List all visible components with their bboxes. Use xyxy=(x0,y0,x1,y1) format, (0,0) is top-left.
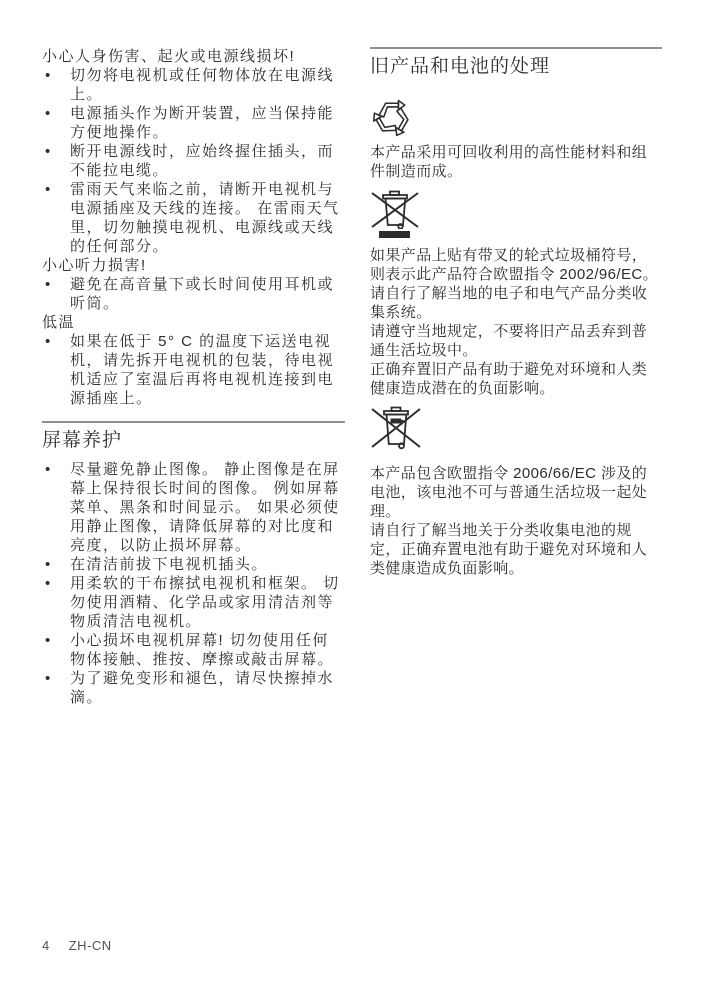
list-item: •切勿将电视机或任何物体放在电源线上。 xyxy=(42,66,345,104)
list-item: •如果在低于 5° C 的温度下运送电视机，请先拆开电视机的包装，待电视机适应了… xyxy=(42,332,345,408)
weee-disposal-text: 如果产品上贴有带叉的轮式垃圾桶符号，则表示此产品符合欧盟指令 2002/96/E… xyxy=(370,246,662,398)
safety-warnings: 小心人身伤害、起火或电源线损坏! •切勿将电视机或任何物体放在电源线上。 •电源… xyxy=(42,47,345,408)
list-item: •电源插头作为断开装置，应当保持能方便地操作。 xyxy=(42,104,345,142)
manual-page: 小心人身伤害、起火或电源线损坏! •切勿将电视机或任何物体放在电源线上。 •电源… xyxy=(0,0,702,993)
crossed-out-wheelie-bin-icon xyxy=(370,189,662,238)
list-item-text: 电源插头作为断开装置，应当保持能方便地操作。 xyxy=(70,105,334,141)
warning-intro: 小心人身伤害、起火或电源线损坏! xyxy=(42,47,345,66)
warning-list: •如果在低于 5° C 的温度下运送电视机，请先拆开电视机的包装，待电视机适应了… xyxy=(42,332,345,408)
paragraph: 本产品包含欧盟指令 2006/66/EC 涉及的电池，该电池不可与普通生活垃圾一… xyxy=(370,464,662,521)
list-item-text: 尽量避免静止图像。 静止图像是在屏幕上保持很长时间的图像。 例如屏幕菜单、黑条和… xyxy=(70,461,340,554)
list-item-text: 如果在低于 5° C 的温度下运送电视机，请先拆开电视机的包装，待电视机适应了室… xyxy=(70,333,334,407)
list-item-text: 切勿将电视机或任何物体放在电源线上。 xyxy=(70,67,334,103)
paragraph: 请自行了解当地关于分类收集电池的规定，正确弃置电池有助于避免对环境和人类健康造成… xyxy=(370,521,662,578)
bullet-marker: • xyxy=(45,460,52,479)
list-item-text: 断开电源线时，应始终握住插头，而不能拉电缆。 xyxy=(70,143,334,179)
page-number: 4 xyxy=(42,938,50,953)
recycling-mobius-loop-icon xyxy=(370,95,662,139)
left-column: 小心人身伤害、起火或电源线损坏! •切勿将电视机或任何物体放在电源线上。 •电源… xyxy=(42,0,345,707)
list-item: •为了避免变形和褪色，请尽快擦掉水滴。 xyxy=(42,669,345,707)
list-item: •避免在高音量下或长时间使用耳机或听筒。 xyxy=(42,275,345,313)
section-divider xyxy=(370,47,662,49)
bullet-marker: • xyxy=(45,669,52,688)
paragraph: 请自行了解当地的电子和电气产品分类收集系统。 xyxy=(370,284,662,322)
bullet-marker: • xyxy=(45,180,52,199)
bullet-marker: • xyxy=(45,66,52,85)
warning-intro: 低温 xyxy=(42,313,345,332)
bullet-marker: • xyxy=(45,555,52,574)
list-item: •小心损坏电视机屏幕! 切勿使用任何物体接触、推按、摩擦或敲击屏幕。 xyxy=(42,631,345,669)
list-item: •雷雨天气来临之前，请断开电视机与电源插座及天线的连接。 在雷雨天气里，切勿触摸… xyxy=(42,180,345,256)
list-item-text: 用柔软的干布擦拭电视机和框架。 切勿使用酒精、化学品或家用清洁剂等物质清洁电视机… xyxy=(70,575,340,630)
bullet-marker: • xyxy=(45,631,52,650)
paragraph: 正确弃置旧产品有助于避免对环境和人类健康造成潜在的负面影响。 xyxy=(370,360,662,398)
list-item-text: 避免在高音量下或长时间使用耳机或听筒。 xyxy=(70,276,334,312)
crossed-out-wheelie-bin-battery-icon xyxy=(370,406,662,450)
list-item-text: 雷雨天气来临之前，请断开电视机与电源插座及天线的连接。 在雷雨天气里，切勿触摸电… xyxy=(70,181,340,255)
battery-disposal-text: 本产品包含欧盟指令 2006/66/EC 涉及的电池，该电池不可与普通生活垃圾一… xyxy=(370,464,662,578)
list-item-text: 小心损坏电视机屏幕! 切勿使用任何物体接触、推按、摩擦或敲击屏幕。 xyxy=(70,632,334,668)
bullet-marker: • xyxy=(45,104,52,123)
bullet-marker: • xyxy=(45,332,52,351)
screen-care-list: •尽量避免静止图像。 静止图像是在屏幕上保持很长时间的图像。 例如屏幕菜单、黑条… xyxy=(42,460,345,707)
weee-black-bar xyxy=(379,231,410,238)
list-item: •尽量避免静止图像。 静止图像是在屏幕上保持很长时间的图像。 例如屏幕菜单、黑条… xyxy=(42,460,345,555)
section-title-screen-care: 屏幕养护 xyxy=(42,429,345,453)
bullet-marker: • xyxy=(45,574,52,593)
bullet-marker: • xyxy=(45,275,52,294)
paragraph: 如果产品上贴有带叉的轮式垃圾桶符号，则表示此产品符合欧盟指令 2002/96/E… xyxy=(370,246,662,284)
list-item: •用柔软的干布擦拭电视机和框架。 切勿使用酒精、化学品或家用清洁剂等物质清洁电视… xyxy=(42,574,345,631)
language-code: ZH-CN xyxy=(69,938,112,953)
recyclable-materials-text: 本产品采用可回收利用的高性能材料和组件制造而成。 xyxy=(370,143,662,181)
right-column: 旧产品和电池的处理 本产品采用可回收利用的高性能材料和组件制造而成。 xyxy=(370,0,662,578)
list-item-text: 为了避免变形和褪色，请尽快擦掉水滴。 xyxy=(70,670,334,706)
warning-list: •切勿将电视机或任何物体放在电源线上。 •电源插头作为断开装置，应当保持能方便地… xyxy=(42,66,345,256)
warning-intro: 小心听力损害! xyxy=(42,256,345,275)
bullet-marker: • xyxy=(45,142,52,161)
section-divider xyxy=(42,421,345,423)
list-item: •断开电源线时，应始终握住插头，而不能拉电缆。 xyxy=(42,142,345,180)
list-item-text: 在清洁前拔下电视机插头。 xyxy=(70,556,268,573)
page-footer: 4ZH-CN xyxy=(42,938,112,953)
paragraph: 请遵守当地规定，不要将旧产品丢弃到普通生活垃圾中。 xyxy=(370,322,662,360)
section-title-disposal: 旧产品和电池的处理 xyxy=(370,55,662,79)
list-item: •在清洁前拔下电视机插头。 xyxy=(42,555,345,574)
warning-list: •避免在高音量下或长时间使用耳机或听筒。 xyxy=(42,275,345,313)
